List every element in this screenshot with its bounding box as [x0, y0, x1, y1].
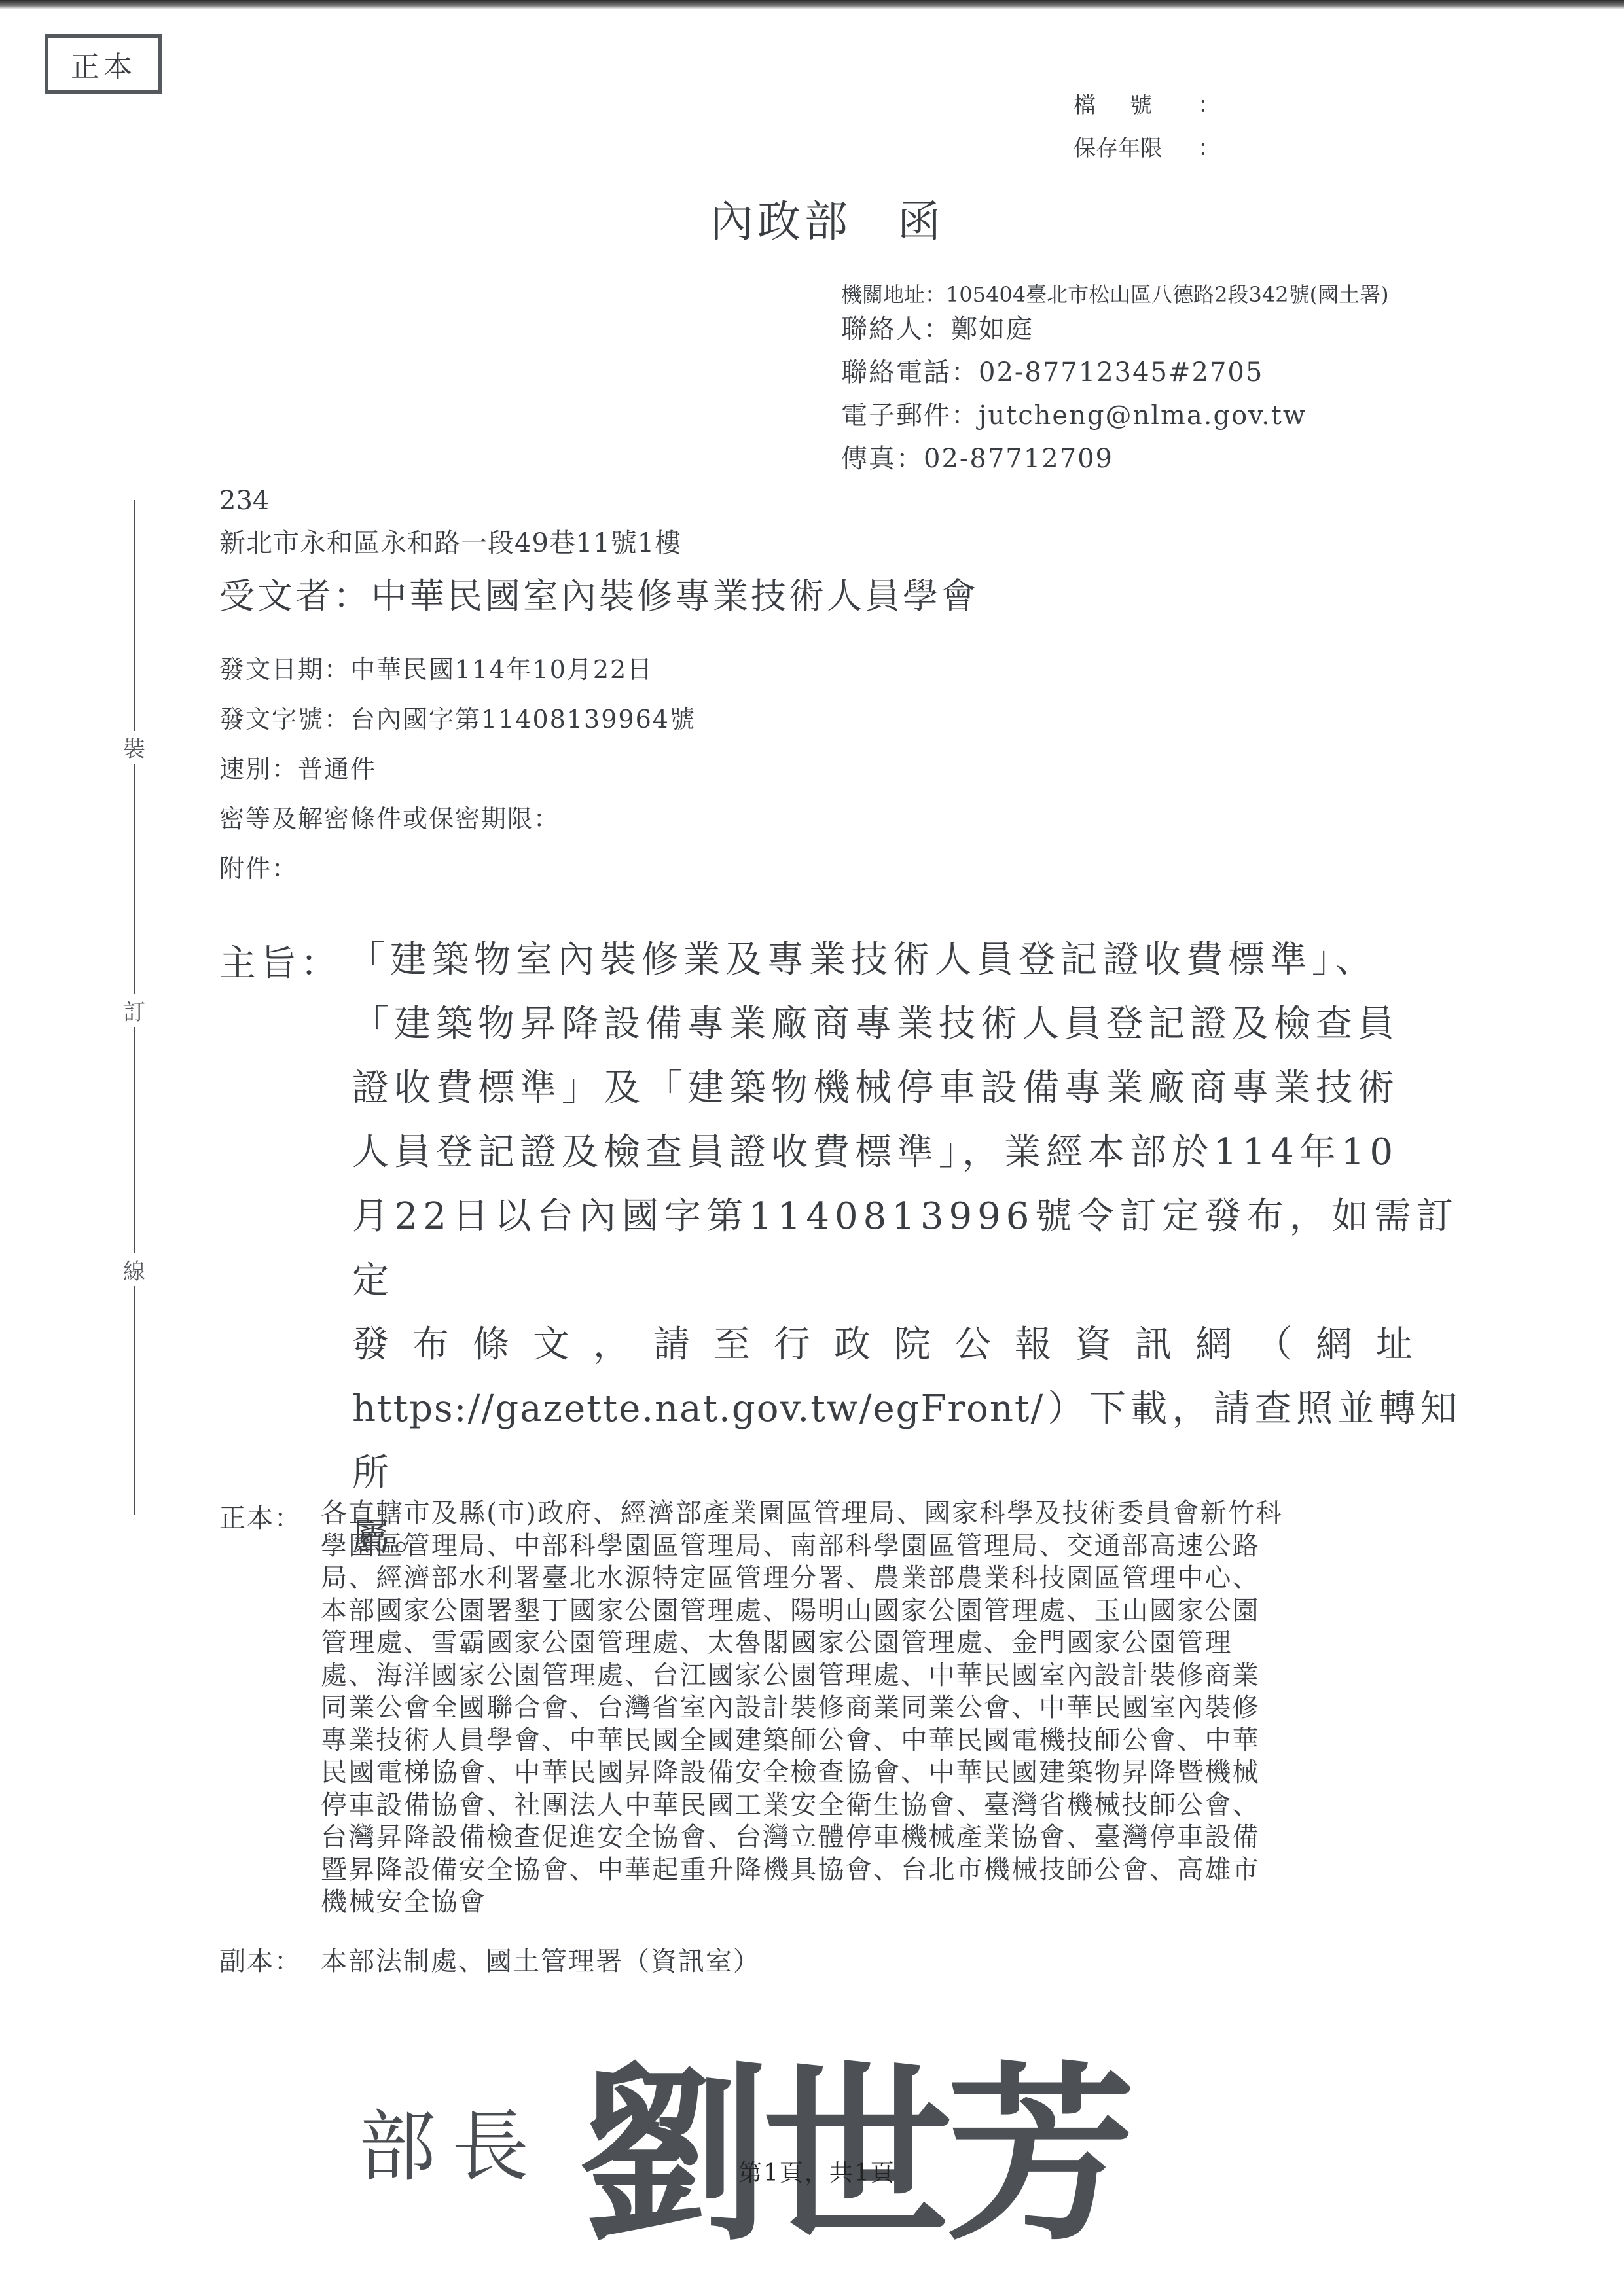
- recipient-zip: 234: [219, 486, 269, 516]
- scan-edge: [0, 0, 1624, 9]
- subject-line: 證收費標準」及「建築物機械停車設備專業廠商專業技術: [352, 1056, 1458, 1121]
- contact-email: 電子郵件：jutcheng@nlma.gov.tw: [841, 394, 1389, 437]
- recipient-line: 機械安全協會: [321, 1886, 1458, 1919]
- recipient-line: 停車設備協會、社團法人中華民國工業安全衛生協會、臺灣省機械技師公會、: [321, 1789, 1458, 1822]
- recipient-line: 暨昇降設備安全協會、中華起重升降機具協會、台北市機械技師公會、高雄市: [321, 1854, 1458, 1887]
- recipient-line: 同業公會全國聯合會、台灣省室內設計裝修商業同業公會、中華民國室內裝修: [321, 1692, 1458, 1725]
- archive-info: 檔號 ： 保存年限 ：: [1074, 84, 1220, 170]
- file-number-row: 檔號 ：: [1074, 84, 1220, 127]
- contact-phone: 聯絡電話：02-87712345#2705: [841, 351, 1389, 394]
- contact-person: 聯絡人：鄭如庭: [841, 308, 1389, 351]
- recipient-line: 處、海洋國家公園管理處、台江國家公園管理處、中華民國室內設計裝修商業: [321, 1660, 1458, 1693]
- issue-date: 發文日期：中華民國114年10月22日: [219, 645, 696, 694]
- original-recipients-list: 各直轄市及縣(市)政府、經濟部產業園區管理局、國家科學及技術委員會新竹科 學園區…: [321, 1498, 1458, 1919]
- recipient-line: 台灣昇降設備檢查促進安全協會、台灣立體停車機械產業協會、臺灣停車設備: [321, 1821, 1458, 1854]
- file-number-colon: ：: [1198, 84, 1220, 127]
- agency-address: 機關地址：105404臺北市松山區八德路2段342號(國土署): [841, 281, 1389, 308]
- classification: 密等及解密條件或保密期限：: [219, 794, 696, 844]
- subject-body: 「建築物室內裝修業及專業技術人員登記證收費標準」、 「建築物昇降設備專業廠商專業…: [352, 928, 1458, 1570]
- original-recipients-label: 正本：: [219, 1498, 302, 1535]
- cc-recipients-label: 副本：: [219, 1941, 302, 1978]
- subject-label: 主旨：: [219, 935, 341, 987]
- contact-fax: 傳真：02-87712709: [841, 437, 1389, 480]
- recipient-line: 本部國家公園署墾丁國家公園管理處、陽明山國家公園管理處、玉山國家公園: [321, 1595, 1458, 1628]
- retention-row: 保存年限 ：: [1074, 127, 1220, 170]
- subject-line: 「建築物室內裝修業及專業技術人員登記證收費標準」、: [348, 928, 1458, 992]
- recipient-line: 專業技術人員學會、中華民國全國建築師公會、中華民國電機技師公會、中華: [321, 1725, 1458, 1757]
- subject-line: 月22日以台內國字第1140813996號令訂定發布，如需訂定: [352, 1185, 1458, 1313]
- retention-colon: ：: [1198, 127, 1220, 170]
- subject-line: 人員登記證及檢查員證收費標準」，業經本部於114年10: [352, 1121, 1458, 1185]
- cc-recipients-list: 本部法制處、國土管理署（資訊室）: [321, 1941, 761, 1978]
- retention-label: 保存年限: [1074, 127, 1198, 170]
- subject-line: 「建築物昇降設備專業廠商專業技術人員登記證及檢查員: [352, 992, 1458, 1056]
- signature-title: 部長: [359, 2085, 545, 2196]
- binding-char-xian: 線: [119, 1253, 149, 1286]
- recipient-line: 各直轄市及縣(市)政府、經濟部產業園區管理局、國家科學及技術委員會新竹科: [321, 1498, 1458, 1530]
- subject-line: 發布條文，請至行政院公報資訊網（網址: [352, 1313, 1458, 1377]
- recipient-line: 民國電梯協會、中華民國昇降設備安全檢查協會、中華民國建築物昇降暨機械: [321, 1757, 1458, 1789]
- binding-char-zhuang: 裝: [119, 731, 149, 764]
- document-meta: 發文日期：中華民國114年10月22日 發文字號：台內國字第1140813996…: [219, 645, 696, 893]
- page-indicator: 第1頁，共1頁: [738, 2155, 895, 2188]
- binding-char-ding: 訂: [119, 994, 149, 1027]
- delivery-speed: 速別：普通件: [219, 744, 696, 794]
- document-title: 內政部函: [710, 187, 945, 249]
- file-number-label: 檔號: [1074, 84, 1198, 127]
- recipient-line: 管理處、雪霸國家公園管理處、太魯閣國家公園管理處、金門國家公園管理: [321, 1627, 1458, 1660]
- subject-line: https://gazette.nat.gov.tw/egFront/）下載，請…: [352, 1377, 1458, 1505]
- stamp-label: 正本: [71, 43, 136, 85]
- agency-name: 內政部: [710, 196, 852, 247]
- recipient-line: 局、經濟部水利署臺北水源特定區管理分署、農業部農業科技園區管理中心、: [321, 1562, 1458, 1595]
- attachments: 附件：: [219, 844, 696, 893]
- recipient-address: 新北市永和區永和路一段49巷11號1樓: [219, 522, 681, 560]
- recipient-name: 受文者：中華民國室內裝修專業技術人員學會: [219, 568, 979, 619]
- agency-contact: 機關地址：105404臺北市松山區八德路2段342號(國土署) 聯絡人：鄭如庭 …: [841, 281, 1389, 480]
- document-type: 函: [897, 196, 945, 247]
- signature-name: 劉世芳: [579, 2003, 1129, 2276]
- original-copy-stamp: 正本: [45, 34, 162, 94]
- document-number: 發文字號：台內國字第11408139964號: [219, 694, 696, 744]
- recipient-line: 學園區管理局、中部科學園區管理局、南部科學園區管理局、交通部高速公路: [321, 1530, 1458, 1563]
